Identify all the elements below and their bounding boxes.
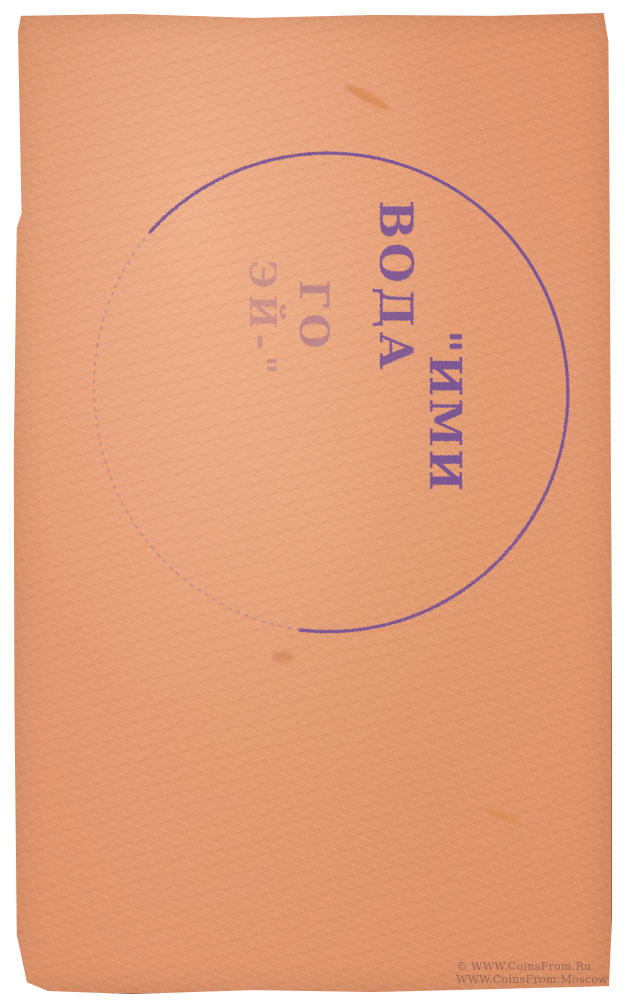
ink-stain [482, 805, 522, 826]
watermark: © WWW.CoinsFrom.Ru WWW.CoinsFrom.Moscow [456, 960, 608, 986]
paper-note [12, 12, 612, 994]
ink-stain [343, 81, 392, 113]
scan-scene: ВОДА "ИМИ ГО ЭЙ-" © WWW.CoinsFrom.Ru WWW… [0, 0, 630, 1000]
ink-stain [272, 652, 294, 662]
watermark-line-1: © WWW.CoinsFrom.Ru [456, 960, 608, 973]
watermark-line-2: WWW.CoinsFrom.Moscow [456, 973, 608, 986]
